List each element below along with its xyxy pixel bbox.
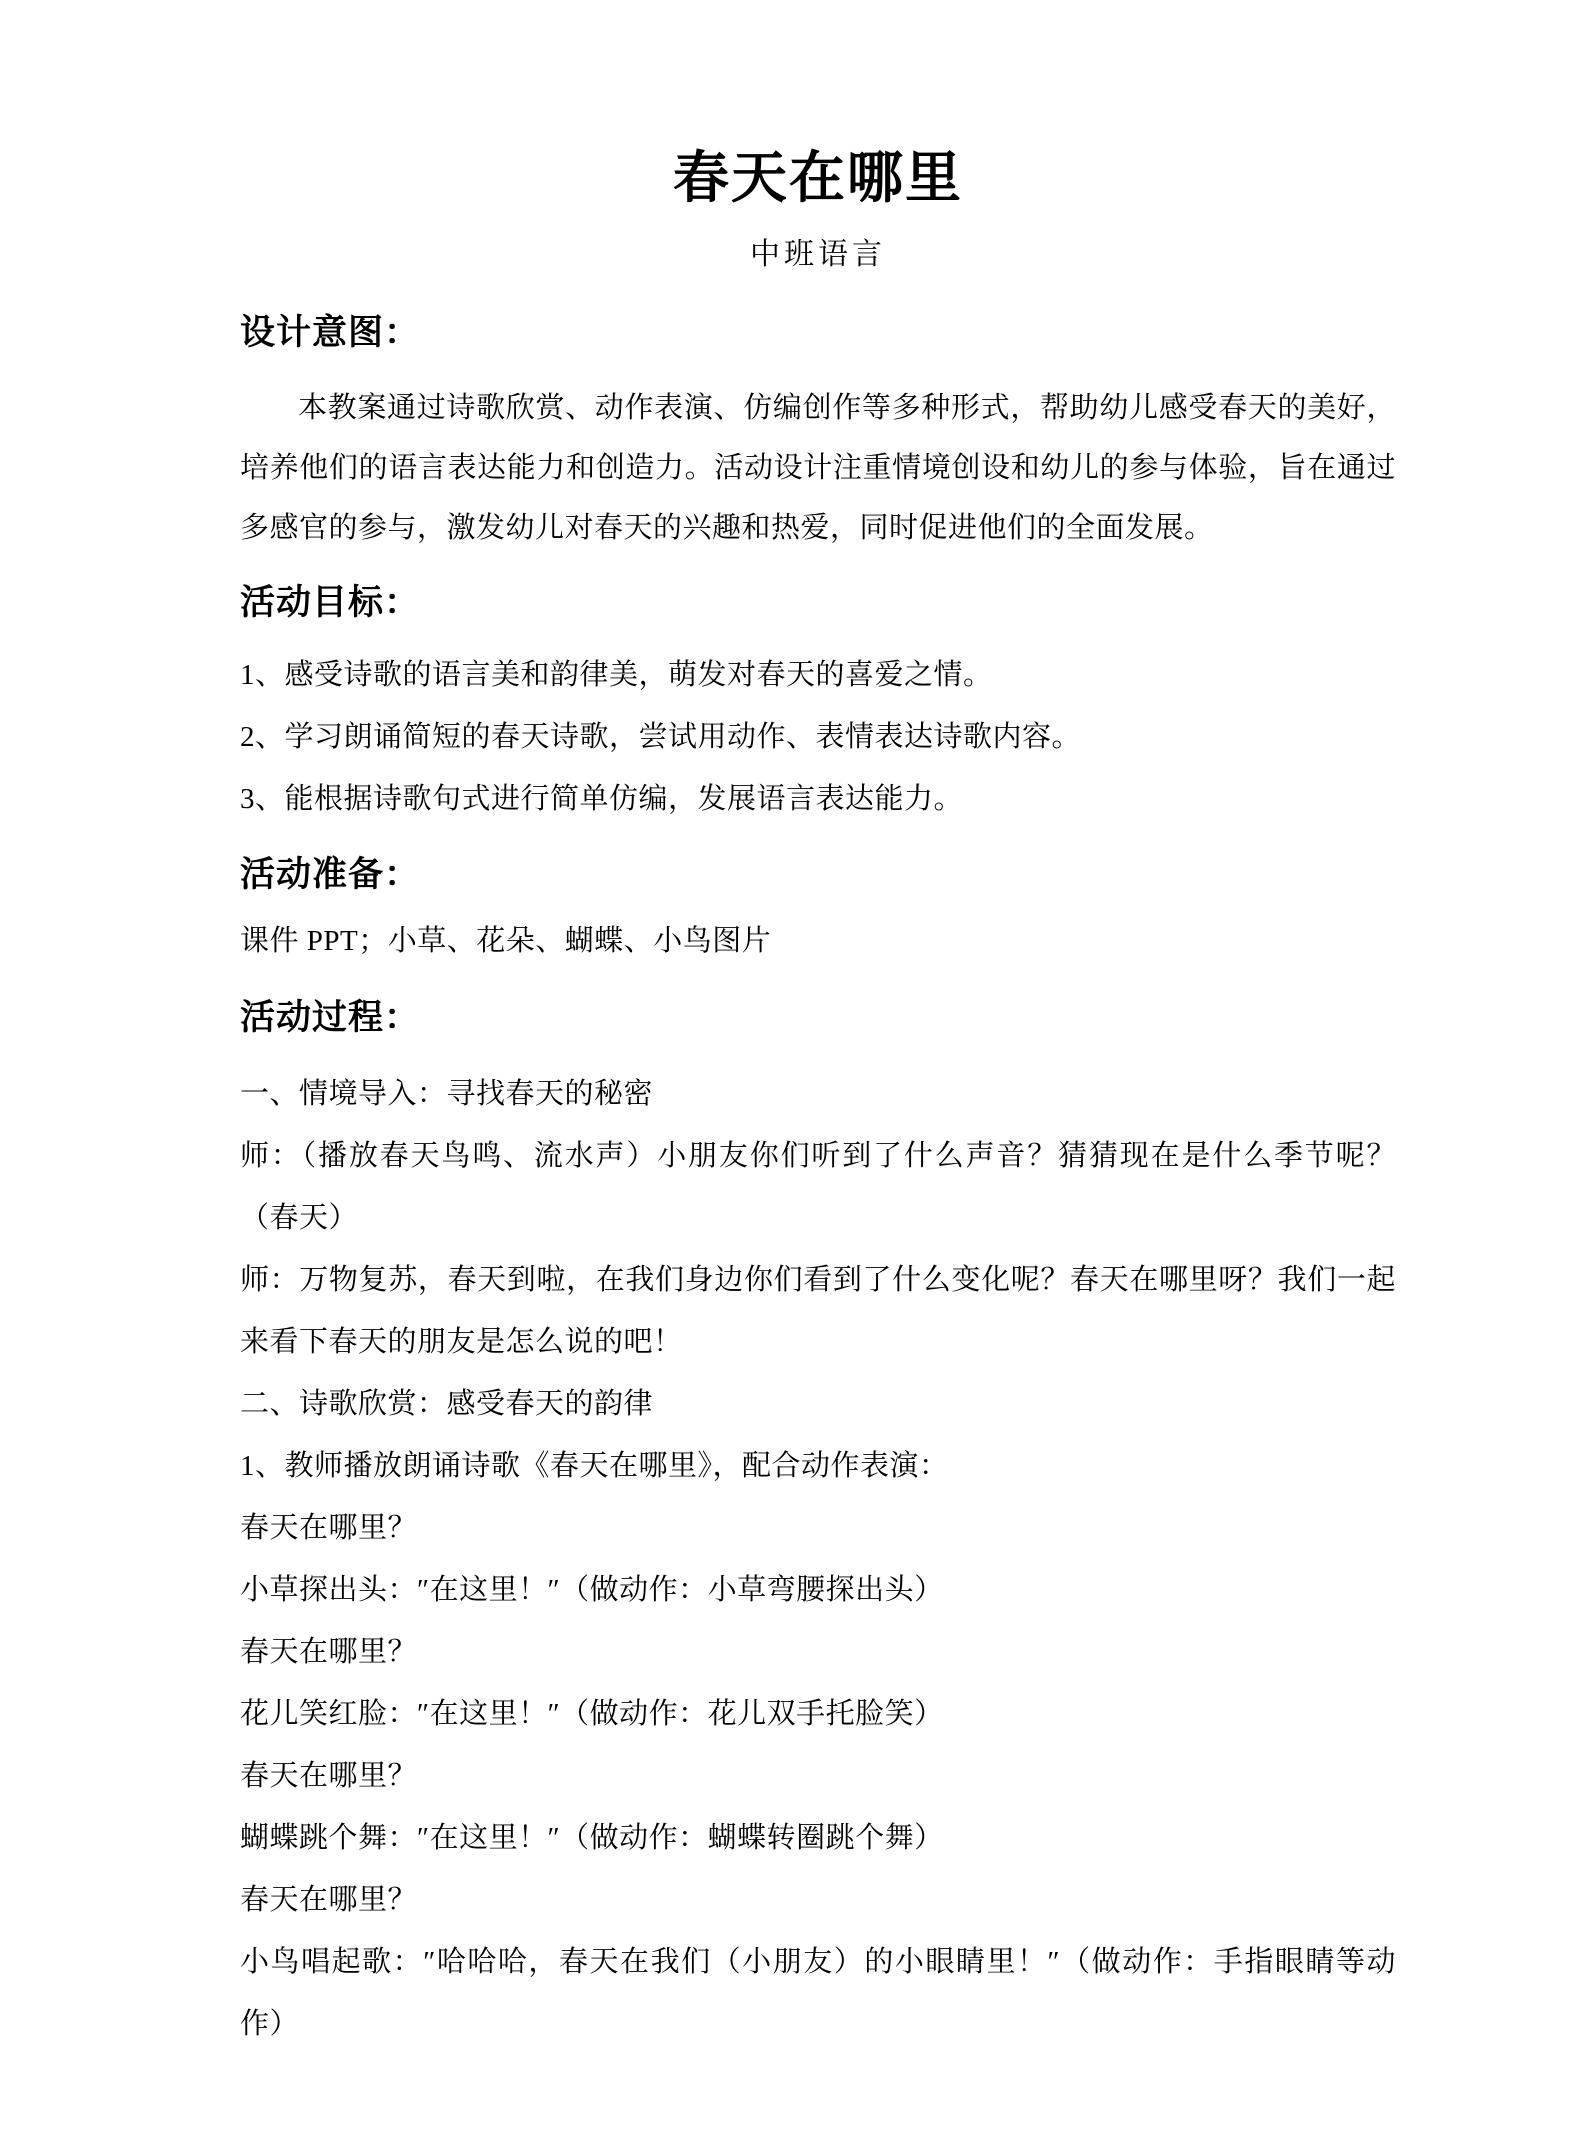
poem-answer-butterfly: 蝴蝶跳个舞：″在这里！″（做动作：蝴蝶转圈跳个舞） [240, 1807, 1396, 1869]
process-step-intro-title: 一、情境导入：寻找春天的秘密 [240, 1063, 1396, 1125]
goal-item-3: 3、能根据诗歌句式进行简单仿编，发展语言表达能力。 [240, 768, 1396, 830]
goal-item-1: 1、感受诗歌的语言美和韵律美，萌发对春天的喜爱之情。 [240, 644, 1396, 706]
process-teacher-line-2: 师：万物复苏，春天到啦，在我们身边你们看到了什么变化呢？春天在哪里呀？我们一起来… [240, 1249, 1396, 1373]
document-title: 春天在哪里 [240, 148, 1396, 210]
section-heading-preparation: 活动准备： [240, 852, 1396, 898]
process-step-poem-title: 二、诗歌欣赏：感受春天的韵律 [240, 1373, 1396, 1435]
preparation-item-1: 课件 PPT；小草、花朵、蝴蝶、小鸟图片 [240, 910, 1396, 972]
section-heading-process: 活动过程： [240, 995, 1396, 1041]
poem-question-3: 春天在哪里？ [240, 1745, 1396, 1807]
preparation-list: 课件 PPT；小草、花朵、蝴蝶、小鸟图片 [240, 910, 1396, 972]
goals-list: 1、感受诗歌的语言美和韵律美，萌发对春天的喜爱之情。 2、学习朗诵简短的春天诗歌… [240, 644, 1396, 830]
document-page: 春天在哪里 中班语言 设计意图： 本教案通过诗歌欣赏、动作表演、仿编创作等多种形… [0, 0, 1587, 2138]
process-poem-instruction: 1、教师播放朗诵诗歌《春天在哪里》，配合动作表演： [240, 1435, 1396, 1497]
document-subtitle: 中班语言 [240, 236, 1396, 274]
section-heading-design-intent: 设计意图： [240, 310, 1396, 356]
poem-answer-bird: 小鸟唱起歌：″哈哈哈，春天在我们（小朋友）的小眼睛里！″（做动作：手指眼睛等动作… [240, 1931, 1396, 2055]
poem-answer-grass: 小草探出头：″在这里！″（做动作：小草弯腰探出头） [240, 1559, 1396, 1621]
design-intent-paragraph: 本教案通过诗歌欣赏、动作表演、仿编创作等多种形式，帮助幼儿感受春天的美好，培养他… [240, 378, 1396, 558]
process-teacher-line-1: 师：（播放春天鸟鸣、流水声）小朋友你们听到了什么声音？猜猜现在是什么季节呢？（春… [240, 1125, 1396, 1249]
poem-question-4: 春天在哪里？ [240, 1869, 1396, 1931]
goal-item-2: 2、学习朗诵简短的春天诗歌，尝试用动作、表情表达诗歌内容。 [240, 706, 1396, 768]
section-heading-goals: 活动目标： [240, 580, 1396, 626]
poem-question-2: 春天在哪里？ [240, 1621, 1396, 1683]
poem-answer-flower: 花儿笑红脸：″在这里！″（做动作：花儿双手托脸笑） [240, 1683, 1396, 1745]
process-list: 一、情境导入：寻找春天的秘密 师：（播放春天鸟鸣、流水声）小朋友你们听到了什么声… [240, 1063, 1396, 2055]
poem-question-1: 春天在哪里？ [240, 1497, 1396, 1559]
